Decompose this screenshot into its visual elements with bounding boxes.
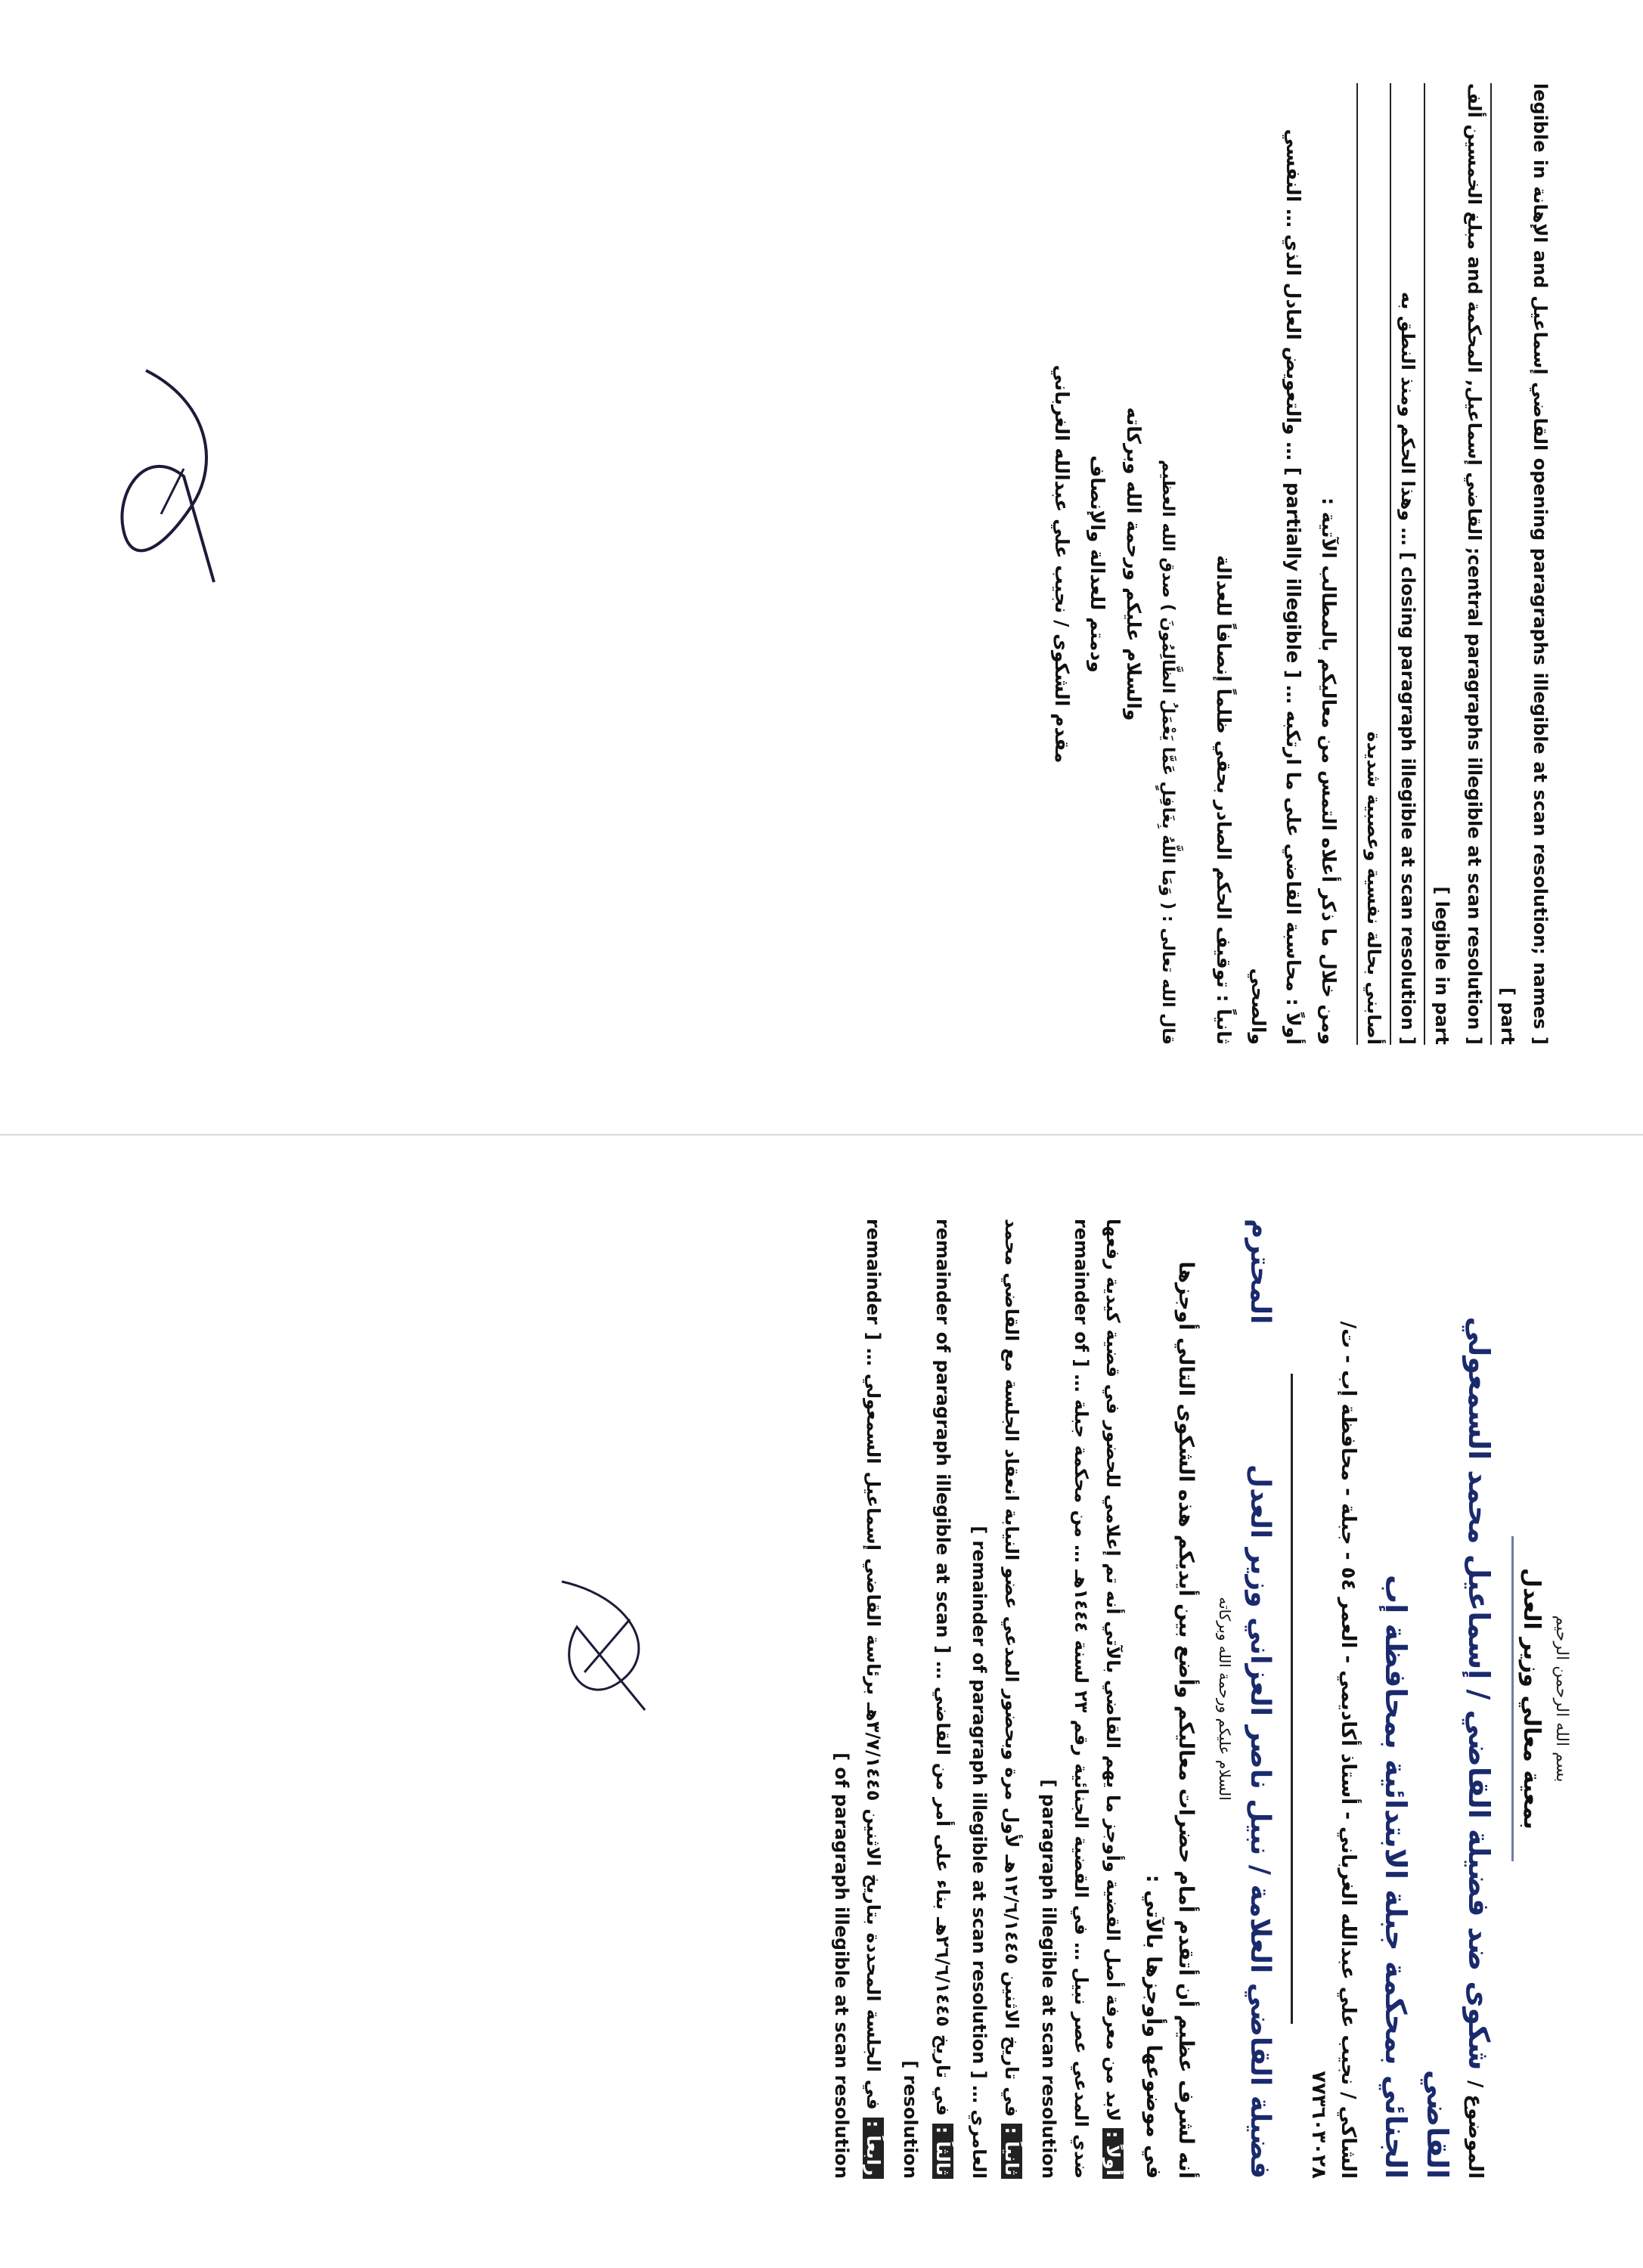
intro-line: أنه لشرف عظيم أن أتقدم أمام حضرات معاليك… [1170, 1219, 1202, 2179]
paragraph-text: في تاريخ الاثنين ١٢/٦/١٤٤٥هـ لأول مرة وب… [969, 1219, 1022, 2179]
paragraph: أولاً : لابد من معرفة أصل القضية وأوجز م… [1032, 1219, 1129, 2179]
signer-line: مقدم الشكوى / نجيب علي عبدالله الغرباني [1043, 83, 1080, 1045]
basmala: بسم الله الرحمن الرحيم [1552, 1219, 1571, 2179]
paragraph-text: في تاريخ ٢٦/٦/١٤٤٥هـ بناء على أمر من الق… [900, 1219, 953, 2179]
addressee-honorific: المحترم [1245, 1219, 1276, 1324]
body-paragraph: [ closing paragraph illegible at scan re… [1390, 83, 1424, 1045]
demand-text: توقيف الحكم الصادر بحقي ظلماً إنصافاً لل… [1213, 555, 1235, 988]
closing-phrase: ودمتم للعدالة والإنصاف [1080, 83, 1116, 1045]
subject: الموضوع / شكوى ضد فضيلة القاضي / إسماعيل… [1375, 1219, 1499, 2179]
paragraph-lead: أولاً : [1102, 2128, 1124, 2179]
to-minister-heading: بمعية معالي وزير العدل [1518, 1219, 1545, 2179]
demand-lead: ثانياً : [1213, 995, 1235, 1045]
paragraph-lead: ثالثاً : [932, 2124, 953, 2179]
page-2-scan: [ opening paragraphs illegible at scan r… [0, 0, 1643, 1134]
divider [1511, 1536, 1514, 1861]
paragraph-text: في الجلسة المحددة بتاريخ الاثنين ٣/٧/١٤٤… [831, 1219, 885, 2179]
page-2: [ opening paragraphs illegible at scan r… [0, 0, 1643, 1134]
intro: أنه لشرف عظيم أن أتقدم أمام حضرات معاليك… [1136, 1219, 1201, 2179]
body-paragraph: أصابني بحالة نفسية وعصبية شديدة [1356, 83, 1390, 1045]
greeting: السلام عليكم ورحمة الله وبركاته [1216, 1219, 1234, 2179]
intro-tail: في موضوعها وأوجزها بالآتي : [1136, 1219, 1169, 2179]
subject-label: الموضوع / [1464, 2081, 1486, 2179]
paragraph-lead: ثانياً : [1001, 2124, 1022, 2179]
page-1: بسم الله الرحمن الرحيم بمعية معالي وزير … [0, 1136, 1643, 2268]
body-paragraph: [ central paragraphs illegible at scan r… [1424, 83, 1490, 1045]
quran-quote: قال الله تعالى : ( وَمَا اللَّهُ بِغَافِ… [1152, 83, 1183, 1045]
addressee: فضيلة القاضي العلامة / نبيل ناصر العزاني… [1245, 1219, 1276, 2179]
demand-text: محاسبة القاضي على ما ارتكبه … [ partiall… [1248, 129, 1304, 1045]
handwritten-signature [116, 355, 237, 597]
paragraph: رابعاً : في الجلسة المحددة بتاريخ الاثني… [825, 1219, 889, 2179]
subject-line-2: الجنائي بمحكمة جبلة الابتدائية بمحافظة إ… [1379, 1575, 1412, 2179]
paragraph-lead: رابعاً : [863, 2118, 884, 2179]
paragraph: ثالثاً : في تاريخ ٢٦/٦/١٤٤٥هـ بناء على أ… [894, 1219, 958, 2179]
subject-line-1: شكوى ضد فضيلة القاضي / إسماعيل محمد السم… [1421, 1317, 1496, 2179]
paragraphs: أولاً : لابد من معرفة أصل القضية وأوجز م… [825, 1219, 1129, 2179]
demand-item: أولاً : محاسبة القاضي على ما ارتكبه … [ … [1241, 83, 1311, 1045]
addressee-title: فضيلة القاضي العلامة / نبيل ناصر العزاني… [1245, 1464, 1276, 2179]
demands-intro: ومن خلال ما ذكر أعلاه التمس من معاليكم ب… [1310, 83, 1345, 1045]
body-paragraph: [ opening paragraphs illegible at scan r… [1490, 83, 1556, 1045]
handwritten-signature [539, 1559, 675, 1725]
paragraph: ثانياً : في تاريخ الاثنين ١٢/٦/١٤٤٥هـ لأ… [963, 1219, 1028, 2179]
closing-block: قال الله تعالى : ( وَمَا اللَّهُ بِغَافِ… [1043, 83, 1183, 1045]
body-lined-section: [ opening paragraphs illegible at scan r… [1356, 83, 1556, 1045]
demands-section: ومن خلال ما ذكر أعلاه التمس من معاليكم ب… [1206, 83, 1346, 1045]
complainant-info: الشاكي / نجيب علي عبدالله الغرباني - أست… [1304, 1219, 1362, 2179]
page-1-scan: بسم الله الرحمن الرحيم بمعية معالي وزير … [0, 1134, 1643, 2268]
paragraph-text: لابد من معرفة أصل القضية وأوجز ما يهم ال… [1038, 1219, 1124, 2179]
salutation: والسلام عليكم ورحمة الله وبركاته [1115, 83, 1152, 1045]
demand-item: ثانياً : توقيف الحكم الصادر بحقي ظلماً إ… [1206, 83, 1241, 1045]
divider [1291, 1374, 1293, 2024]
demand-lead: أولاً : [1282, 999, 1304, 1045]
